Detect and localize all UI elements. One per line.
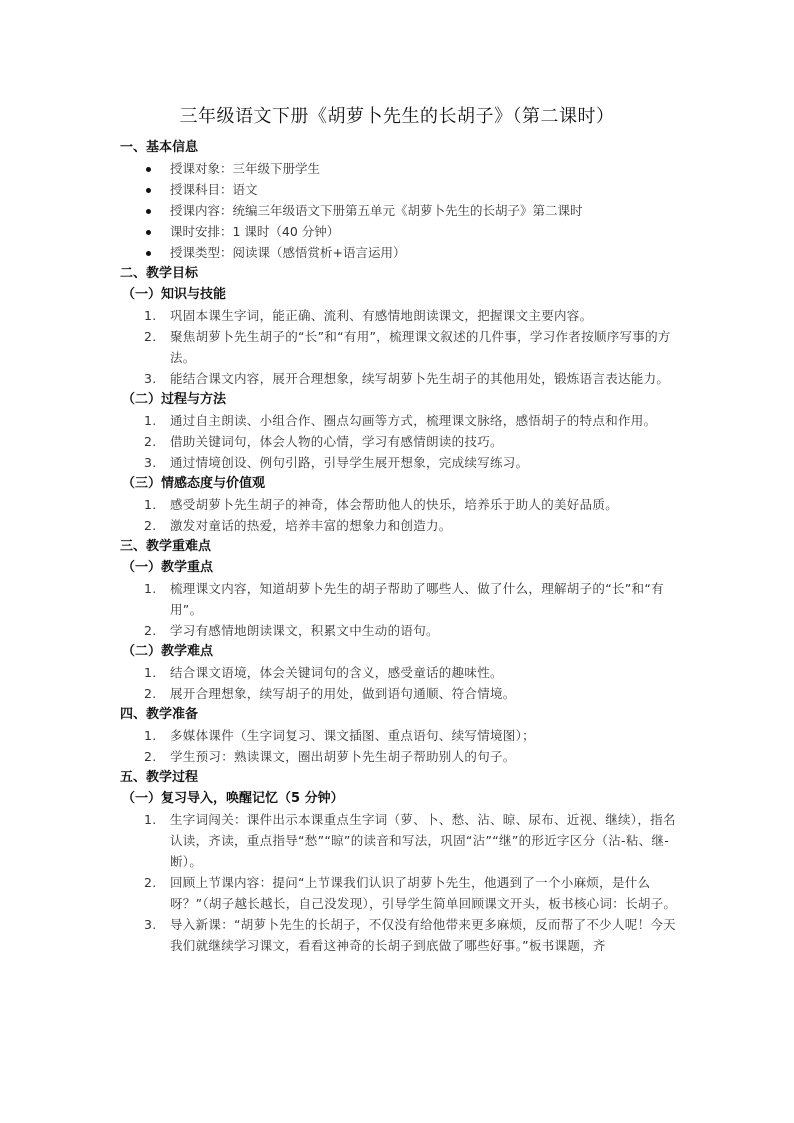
list-item: 1.生字词闯关：课件出示本课重点生字词（萝、卜、愁、沾、晾、尿布、近视、继续），… — [120, 809, 680, 872]
subsection-heading: （一）知识与技能 — [120, 284, 680, 305]
section-heading-process: 五、教学过程 — [120, 767, 680, 788]
numbered-list: 1.结合课文语境，体会关键词句的含义，感受童话的趣味性。 2.展开合理想象，续写… — [120, 662, 680, 704]
basic-info-list: 授课对象：三年级下册学生 授课科目：语文 授课内容：统编三年级语文下册第五单元《… — [120, 158, 680, 263]
list-item: 2.学习有感情地朗读课文，积累文中生动的语句。 — [120, 620, 680, 641]
list-item: 1.巩固本课生字词，能正确、流利、有感情地朗读课文，把握课文主要内容。 — [120, 305, 680, 326]
numbered-list: 1.通过自主朗读、小组合作、圈点勾画等方式，梳理课文脉络，感悟胡子的特点和作用。… — [120, 410, 680, 473]
section-heading-objectives: 二、教学目标 — [120, 263, 680, 284]
list-item: 2.聚焦胡萝卜先生胡子的“长”和“有用”，梳理课文叙述的几件事，学习作者按顺序写… — [120, 326, 680, 368]
list-item: 3.能结合课文内容，展开合理想象，续写胡萝卜先生胡子的其他用处，锻炼语言表达能力… — [120, 368, 680, 389]
list-item: 1.感受胡萝卜先生胡子的神奇，体会帮助他人的快乐，培养乐于助人的美好品质。 — [120, 494, 680, 515]
document-title: 三年级语文下册《胡萝卜先生的长胡子》（第二课时） — [0, 102, 794, 128]
bullet-icon — [146, 230, 151, 235]
list-item: 2.展开合理想象，续写胡子的用处，做到语句通顺、符合情境。 — [120, 683, 680, 704]
list-item: 3.导入新课：“胡萝卜先生的长胡子，不仅没有给他带来更多麻烦，反而帮了不少人呢！… — [120, 914, 680, 956]
list-item: 1.多媒体课件（生字词复习、课文插图、重点语句、续写情境图）； — [120, 725, 680, 746]
subsection-heading: （二）过程与方法 — [120, 389, 680, 410]
list-item: 2.激发对童话的热爱，培养丰富的想象力和创造力。 — [120, 515, 680, 536]
document-page: 三年级语文下册《胡萝卜先生的长胡子》（第二课时） 一、基本信息 授课对象：三年级… — [0, 0, 794, 1123]
list-item: 课时安排：1 课时（40 分钟） — [120, 221, 680, 242]
bullet-icon — [146, 188, 151, 193]
bullet-icon — [146, 251, 151, 256]
list-item: 1.结合课文语境，体会关键词句的含义，感受童话的趣味性。 — [120, 662, 680, 683]
list-item: 1.梳理课文内容，知道胡萝卜先生的胡子帮助了哪些人、做了什么，理解胡子的“长”和… — [120, 578, 680, 620]
list-item: 1.通过自主朗读、小组合作、圈点勾画等方式，梳理课文脉络，感悟胡子的特点和作用。 — [120, 410, 680, 431]
section-heading-key-points: 三、教学重难点 — [120, 536, 680, 557]
numbered-list: 1.生字词闯关：课件出示本课重点生字词（萝、卜、愁、沾、晾、尿布、近视、继续），… — [120, 809, 680, 956]
list-item: 2.回顾上节课内容：提问“上节课我们认识了胡萝卜先生，他遇到了一个小麻烦，是什么… — [120, 872, 680, 914]
numbered-list: 1.多媒体课件（生字词复习、课文插图、重点语句、续写情境图）； 2.学生预习：熟… — [120, 725, 680, 767]
numbered-list: 1.梳理课文内容，知道胡萝卜先生的胡子帮助了哪些人、做了什么，理解胡子的“长”和… — [120, 578, 680, 641]
subsection-heading: （三）情感态度与价值观 — [120, 473, 680, 494]
list-item: 授课类型：阅读课（感悟赏析+语言运用） — [120, 242, 680, 263]
list-item: 授课科目：语文 — [120, 179, 680, 200]
bullet-icon — [146, 209, 151, 214]
bullet-icon — [146, 167, 151, 172]
subsection-heading: （一）教学重点 — [120, 557, 680, 578]
section-heading-basic-info: 一、基本信息 — [120, 137, 680, 158]
subsection-heading: （一）复习导入，唤醒记忆（5 分钟） — [120, 788, 680, 809]
list-item: 授课内容：统编三年级语文下册第五单元《胡萝卜先生的长胡子》第二课时 — [120, 200, 680, 221]
document-body: 一、基本信息 授课对象：三年级下册学生 授课科目：语文 授课内容：统编三年级语文… — [120, 137, 680, 956]
list-item: 2.借助关键词句，体会人物的心情，学习有感情朗读的技巧。 — [120, 431, 680, 452]
numbered-list: 1.感受胡萝卜先生胡子的神奇，体会帮助他人的快乐，培养乐于助人的美好品质。 2.… — [120, 494, 680, 536]
list-item: 授课对象：三年级下册学生 — [120, 158, 680, 179]
list-item: 3.通过情境创设、例句引路，引导学生展开想象，完成续写练习。 — [120, 452, 680, 473]
subsection-heading: （二）教学难点 — [120, 641, 680, 662]
section-heading-preparation: 四、教学准备 — [120, 704, 680, 725]
list-item: 2.学生预习：熟读课文，圈出胡萝卜先生胡子帮助别人的句子。 — [120, 746, 680, 767]
numbered-list: 1.巩固本课生字词，能正确、流利、有感情地朗读课文，把握课文主要内容。 2.聚焦… — [120, 305, 680, 389]
